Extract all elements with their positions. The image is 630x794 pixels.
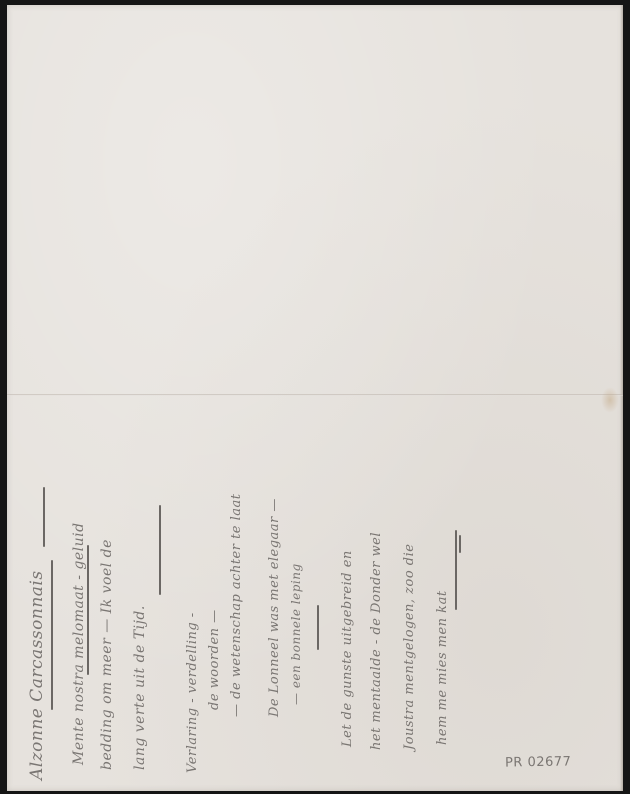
fold-stain [601,387,619,413]
handwritten-title: Alzonne Carcassonnais [27,570,47,780]
handwritten-line: — de wetenschap achter te laat [229,493,244,717]
handwritten-line: Joustra mentgelogen, zoo die [402,544,417,750]
handwritten-line: bedding om meer — Ik voel de [99,539,115,770]
handwritten-line: de woorden — [207,609,222,710]
handwritten-line: Mente nostra melomaat - geluid [71,522,87,765]
handwritten-line: het mentaalde - de Donder wel [369,532,384,750]
handwritten-line: Let de gunste uitgebreid en [340,550,355,747]
handwritten-line: Verlaring - verdelling - [185,612,200,773]
title-underline-1 [43,487,45,547]
handwritten-line: hem me mies men kat [435,590,450,745]
closing-underline [455,530,457,610]
handwritten-line: — een bonnele leping [289,563,303,705]
closing-mark [459,535,461,553]
fold-crease [7,394,623,396]
underline [159,505,161,595]
archive-stamp: PR 02677 [505,754,572,770]
handwritten-line: lang verte uit de Tijd. [132,605,148,770]
paper-edge [620,5,623,791]
handwritten-line: De Lonneel was met elegaar — [267,498,282,717]
paper-sheet: Alzonne Carcassonnais Mente nostra melom… [7,5,623,791]
title-underline-2 [51,560,53,710]
underline [87,545,89,675]
section-divider [317,605,319,650]
